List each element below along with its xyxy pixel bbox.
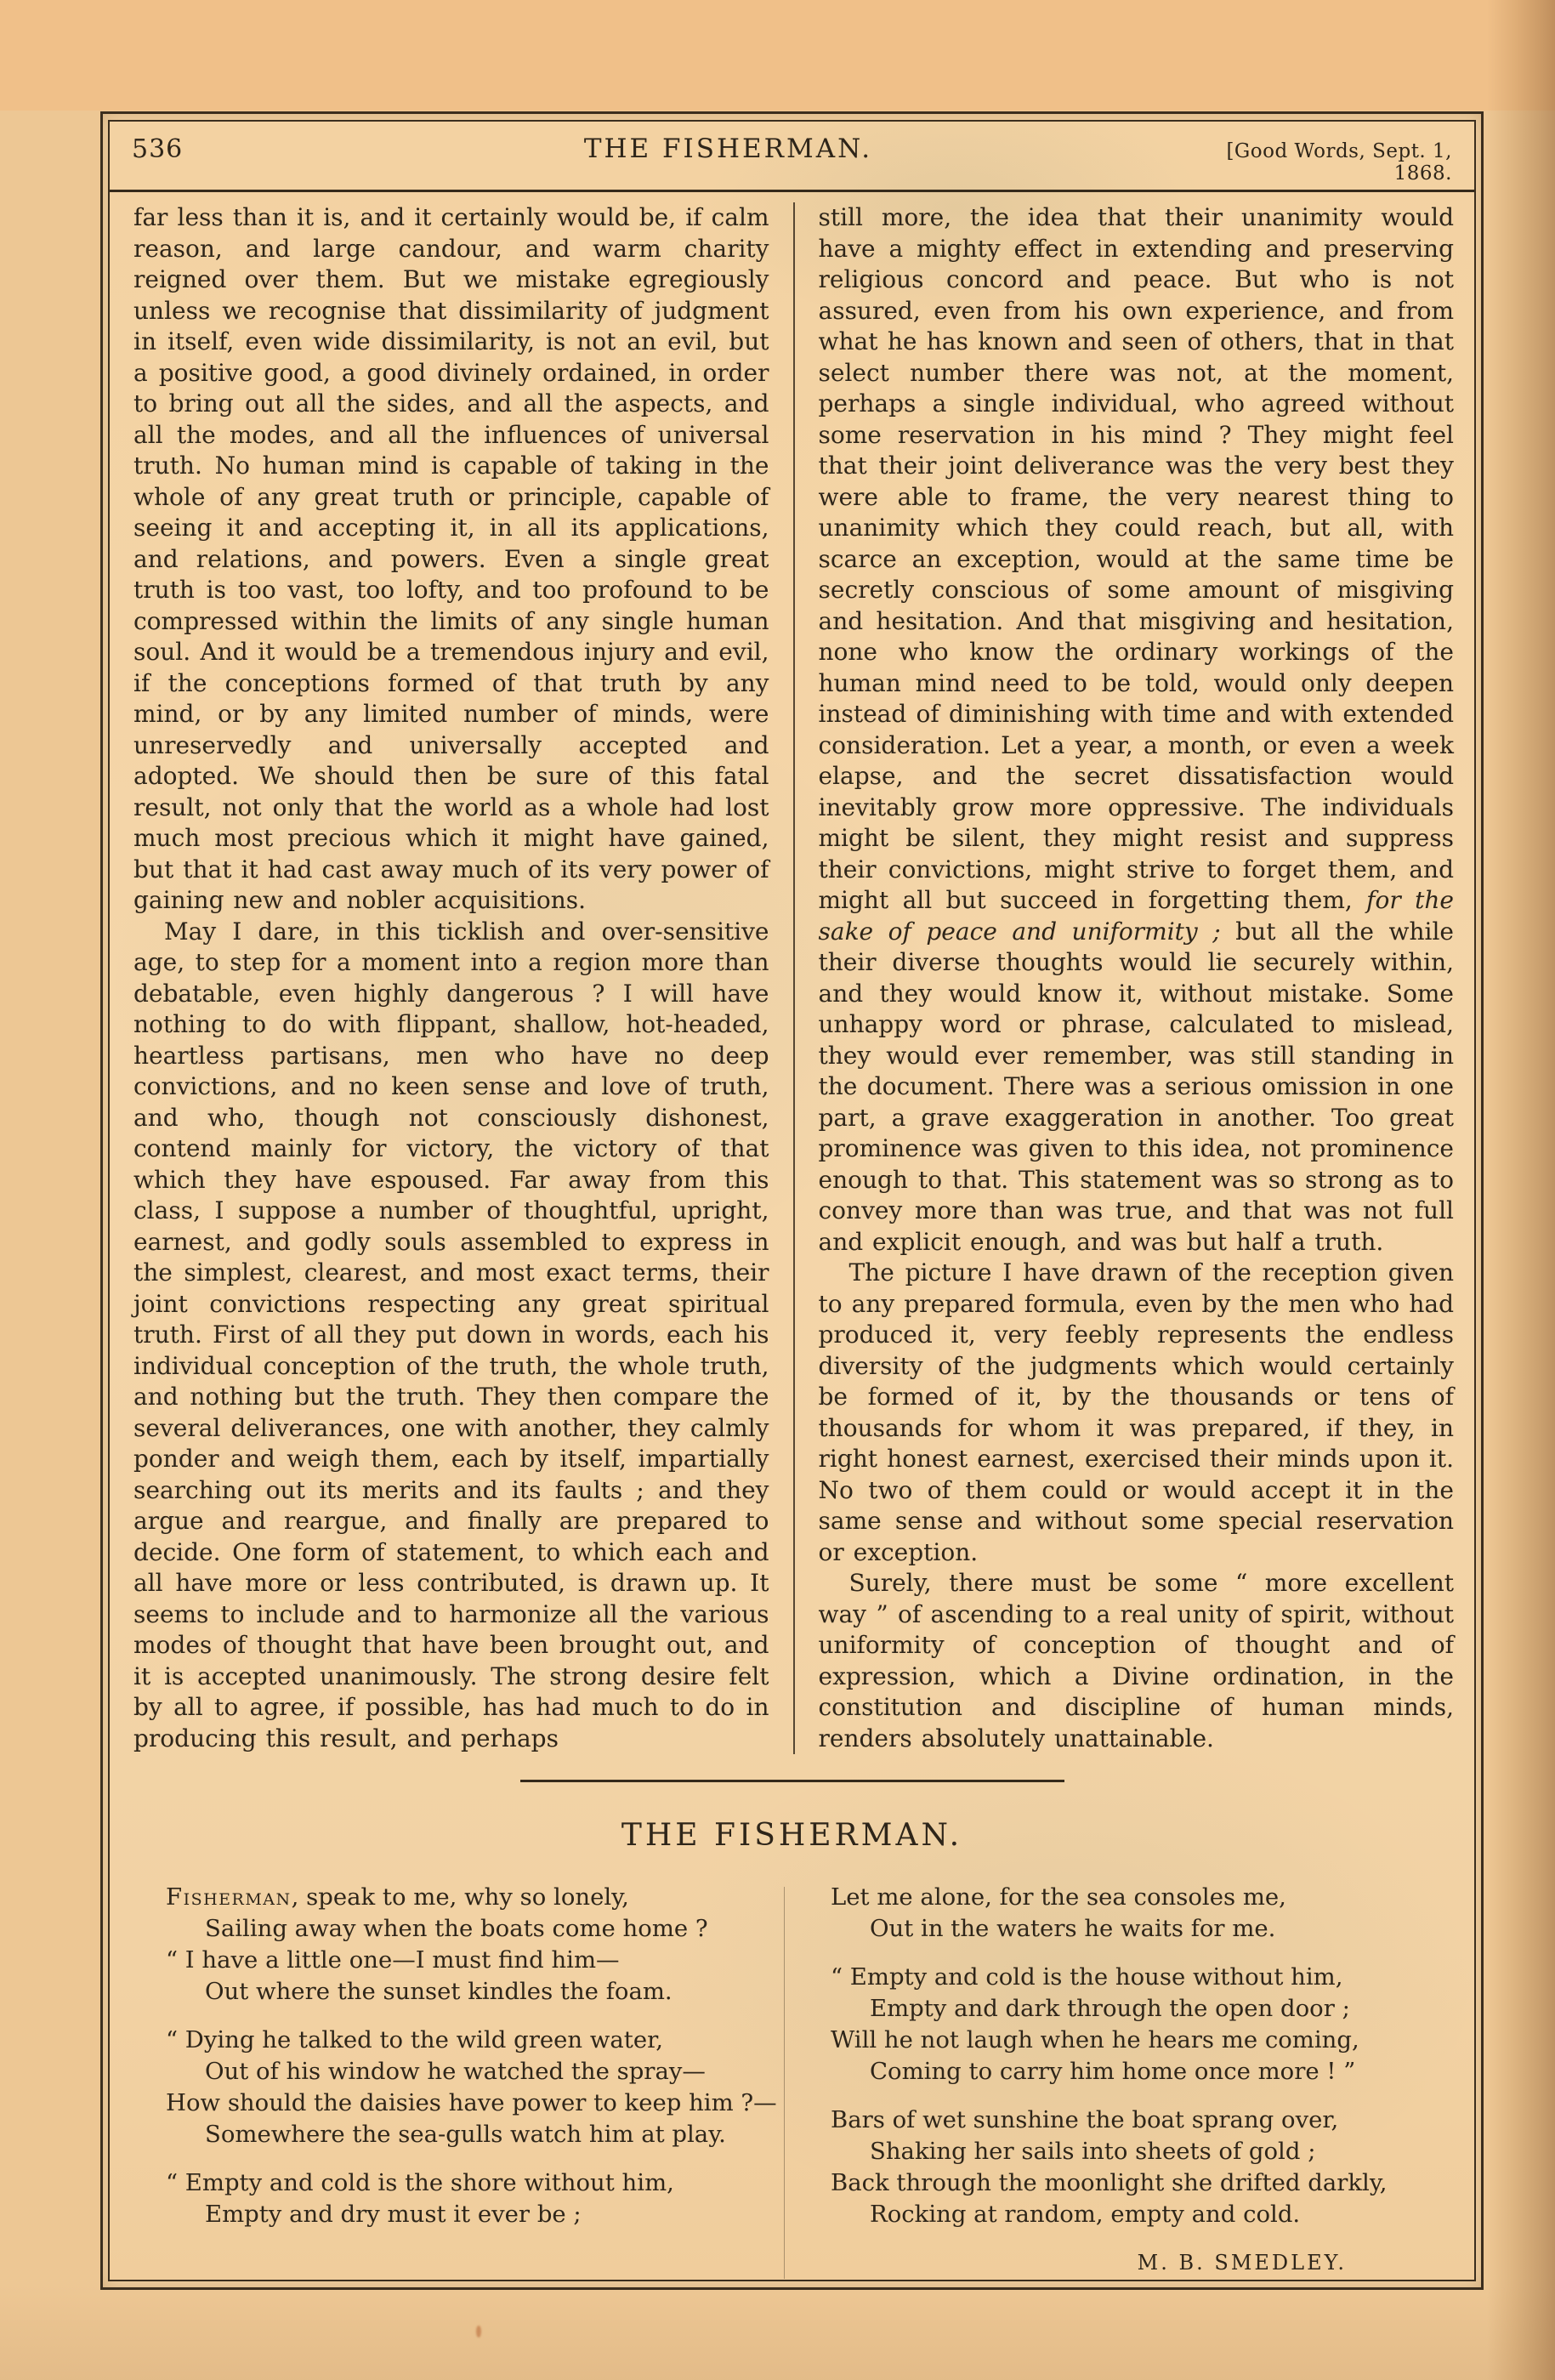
column-divider-rule [793,202,795,1754]
page-top-margin [0,0,1555,111]
issue-info: [Good Words, Sept. 1, 1868. [1172,140,1452,185]
book-page-edge-shadow [1487,0,1555,2380]
article-column-left: far less than it is, and it certainly wo… [133,202,793,1754]
poem-line: Rocking at random, empty and cold. [831,2199,1449,2230]
running-title: THE FISHERMAN. [285,133,1172,164]
poem-stanza: “ Empty and cold is the house without hi… [831,1962,1449,2087]
poem-line: “ Empty and cold is the shore without hi… [166,2167,784,2199]
author-signature: M. B. SMEDLEY. [831,2247,1449,2279]
paragraph-text: far less than it is, and it certainly wo… [133,203,769,914]
poem-line: “ I have a little one—I must find him— [166,1945,784,1976]
poem-column-right-stanzas: Let me alone, for the sea consoles me,Ou… [831,1882,1449,2230]
poem-line: Empty and dry must it ever be ; [166,2199,784,2230]
poem-column-right: Let me alone, for the sea consoles me,Ou… [785,1882,1449,2279]
page-number: 536 [132,134,285,164]
poem-line: Fisherman, speak to me, why so lonely, [166,1882,784,1913]
poem-line: Empty and dark through the open door ; [831,1993,1449,2025]
poem-line: Somewhere the sea-gulls watch him at pla… [166,2119,784,2150]
poem-line: Out of his window he watched the spray— [166,2056,784,2087]
paragraph-text: May I dare, in this ticklish and over-se… [133,917,769,1752]
poem-stanza: Bars of wet sunshine the boat sprang ove… [831,2105,1449,2230]
article-end-rule [520,1780,1064,1782]
poem-stanza: Fisherman, speak to me, why so lonely,Sa… [166,1882,784,2008]
poem-title: THE FISHERMAN. [110,1818,1474,1853]
paragraph-text: The picture I have drawn of the receptio… [819,1258,1455,1566]
page-bottom-margin [0,2285,1555,2380]
article-column-right: still more, the idea that their unanimit… [795,202,1455,1754]
poem-line: Let me alone, for the sea consoles me, [831,1882,1449,1913]
poem-line: Shaking her sails into sheets of gold ; [831,2136,1449,2167]
article-paragraph: The picture I have drawn of the receptio… [819,1258,1455,1568]
paragraph-text: still more, the idea that their unanimit… [819,203,1455,914]
poem-lead-word: Fisherman [166,1883,292,1911]
page-header: 536 THE FISHERMAN. [Good Words, Sept. 1,… [110,122,1474,192]
poem-line: Coming to carry him home once more ! ” [831,2056,1449,2087]
poem-line: Sailing away when the boats come home ? [166,1913,784,1945]
page-border-frame: 536 THE FISHERMAN. [Good Words, Sept. 1,… [100,111,1484,2290]
poem-line: Out in the waters he waits for me. [831,1913,1449,1945]
poem-line: “ Empty and cold is the house without hi… [831,1962,1449,1993]
paragraph-text: Surely, there must be some “ more excell… [819,1569,1455,1752]
poem-line: Back through the moonlight she drifted d… [831,2167,1449,2199]
poem-line: Out where the sunset kindles the foam. [166,1976,784,2008]
poem-stanza: “ Empty and cold is the shore without hi… [166,2167,784,2230]
poem-line: How should the daisies have power to kee… [166,2087,784,2119]
article-paragraph: still more, the idea that their unanimit… [819,202,1455,1258]
poem-section: Fisherman, speak to me, why so lonely,Sa… [110,1853,1474,2279]
poem-stanza: Let me alone, for the sea consoles me,Ou… [831,1882,1449,1945]
page-inner-frame: 536 THE FISHERMAN. [Good Words, Sept. 1,… [108,120,1476,2281]
article-body: far less than it is, and it certainly wo… [110,192,1474,1754]
poem-column-left: Fisherman, speak to me, why so lonely,Sa… [166,1882,784,2279]
poem-stanza: “ Dying he talked to the wild green wate… [166,2025,784,2150]
article-paragraph: May I dare, in this ticklish and over-se… [133,917,769,1755]
poem-line: Will he not laugh when he hears me comin… [831,2025,1449,2056]
article-paragraph: far less than it is, and it certainly wo… [133,202,769,917]
poem-line: Bars of wet sunshine the boat sprang ove… [831,2105,1449,2136]
scanned-page: { "header": { "page_number": "536", "run… [0,0,1555,2380]
paragraph-text: but all the while their diverse thoughts… [819,917,1455,1256]
article-paragraph: Surely, there must be some “ more excell… [819,1568,1455,1754]
poem-line: “ Dying he talked to the wild green wate… [166,2025,784,2056]
